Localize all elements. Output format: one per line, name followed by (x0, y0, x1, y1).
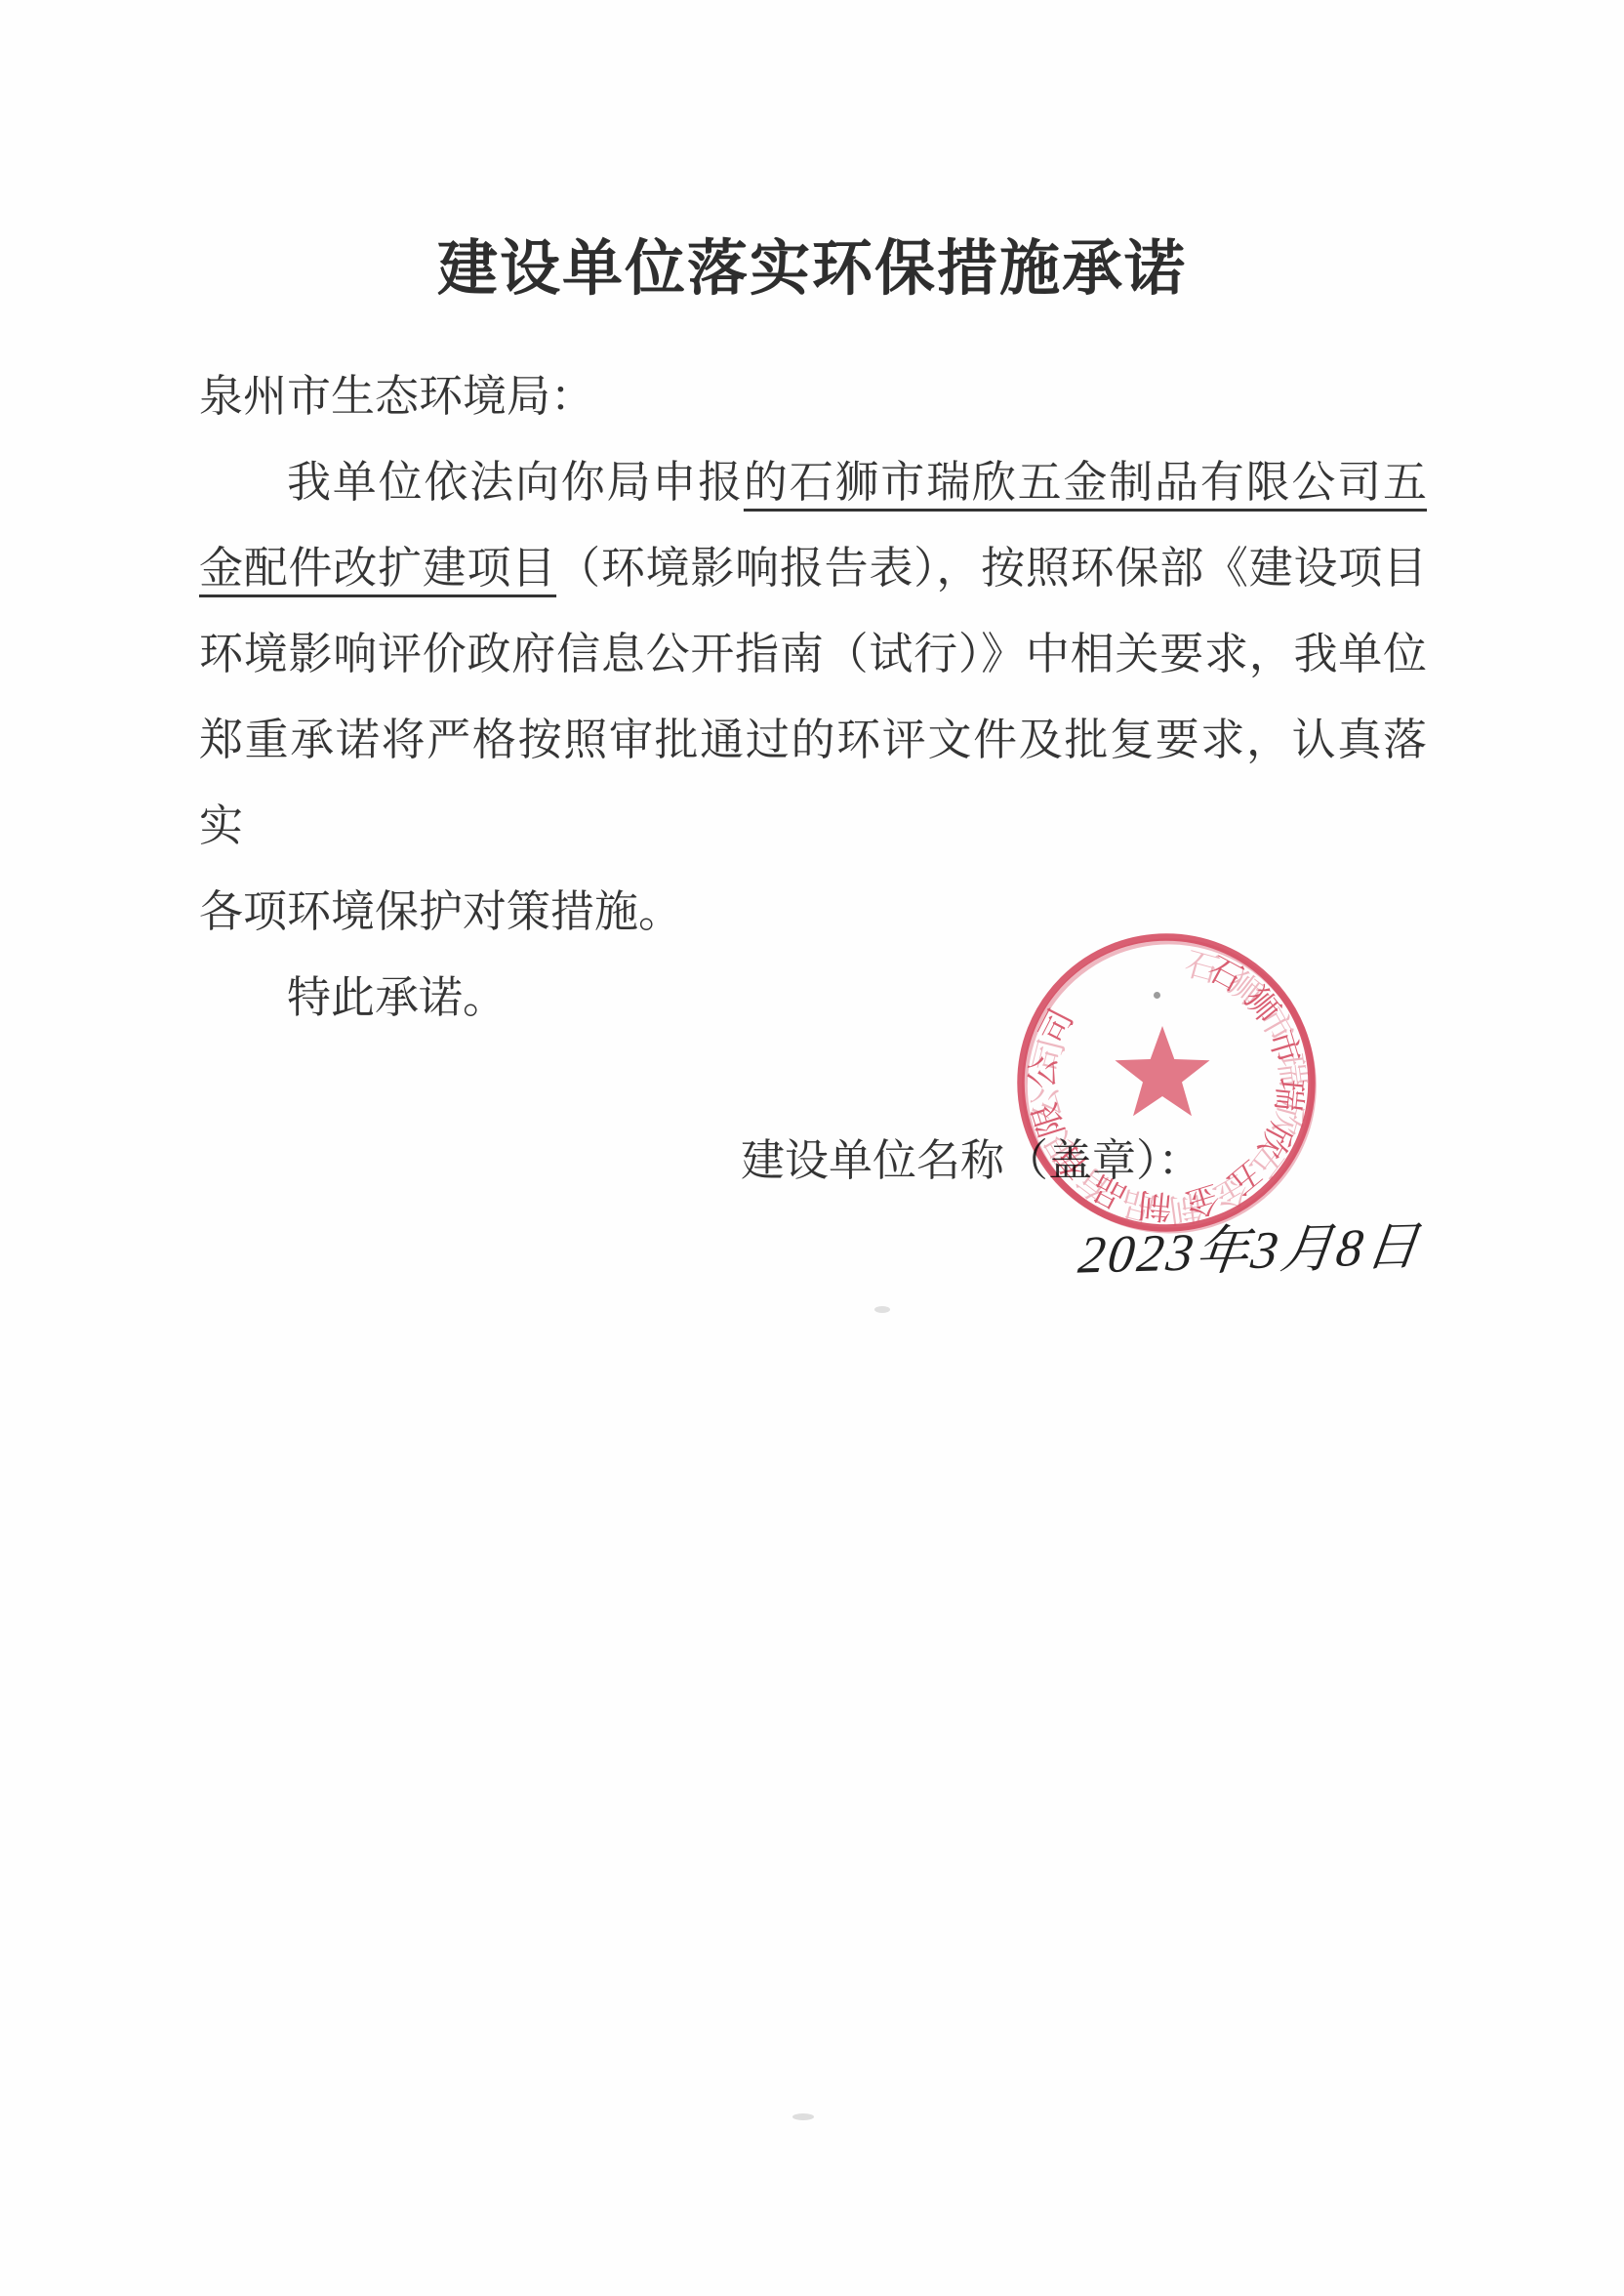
seal-star-icon (1116, 1026, 1210, 1116)
salutation-line: 泉州市生态环境局： (199, 353, 1427, 439)
scan-speck (792, 2113, 814, 2120)
paragraph-text: 我单位依法向你局申报 (287, 458, 744, 507)
company-seal-stamp: 石狮市瑞欣五金制品有限公司 石狮市瑞欣五金制品有限公司 (1013, 929, 1319, 1236)
document-title: 建设单位落实环保措施承诺 (0, 234, 1624, 305)
project-name-underlined: 金配件改扩建项目 (199, 544, 556, 593)
scan-speck (1154, 992, 1160, 999)
paragraph-line-4: 郑重承诺将严格按照审批通过的环评文件及批复要求，认真落实 (199, 697, 1427, 869)
company-seal-icon: 石狮市瑞欣五金制品有限公司 石狮市瑞欣五金制品有限公司 (1013, 929, 1319, 1236)
paragraph-text: （环境影响报告表），按照环保部《建设项目 (556, 544, 1427, 593)
scan-speck (874, 1306, 890, 1313)
paragraph-line-2: 金配件改扩建项目（环境影响报告表），按照环保部《建设项目 (199, 525, 1427, 611)
paragraph-text: 各项环境保护对策措施。 (199, 887, 682, 936)
paragraph-text: 郑重承诺将严格按照审批通过的环评文件及批复要求，认真落实 (199, 716, 1427, 850)
salutation: 泉州市生态环境局： (199, 372, 594, 421)
project-name-underlined: 的石狮市瑞欣五金制品有限公司五 (744, 458, 1427, 507)
closing-text: 特此承诺。 (287, 973, 507, 1022)
paragraph-text: 环境影响评价政府信息公开指南（试行）》中相关要求，我单位 (199, 630, 1427, 678)
paragraph-line-3: 环境影响评价政府信息公开指南（试行）》中相关要求，我单位 (199, 611, 1427, 697)
paragraph-line-1: 我单位依法向你局申报的石狮市瑞欣五金制品有限公司五 (199, 439, 1427, 525)
scanned-document-page: 建设单位落实环保措施承诺 泉州市生态环境局： 我单位依法向你局申报的石狮市瑞欣五… (0, 0, 1624, 2296)
